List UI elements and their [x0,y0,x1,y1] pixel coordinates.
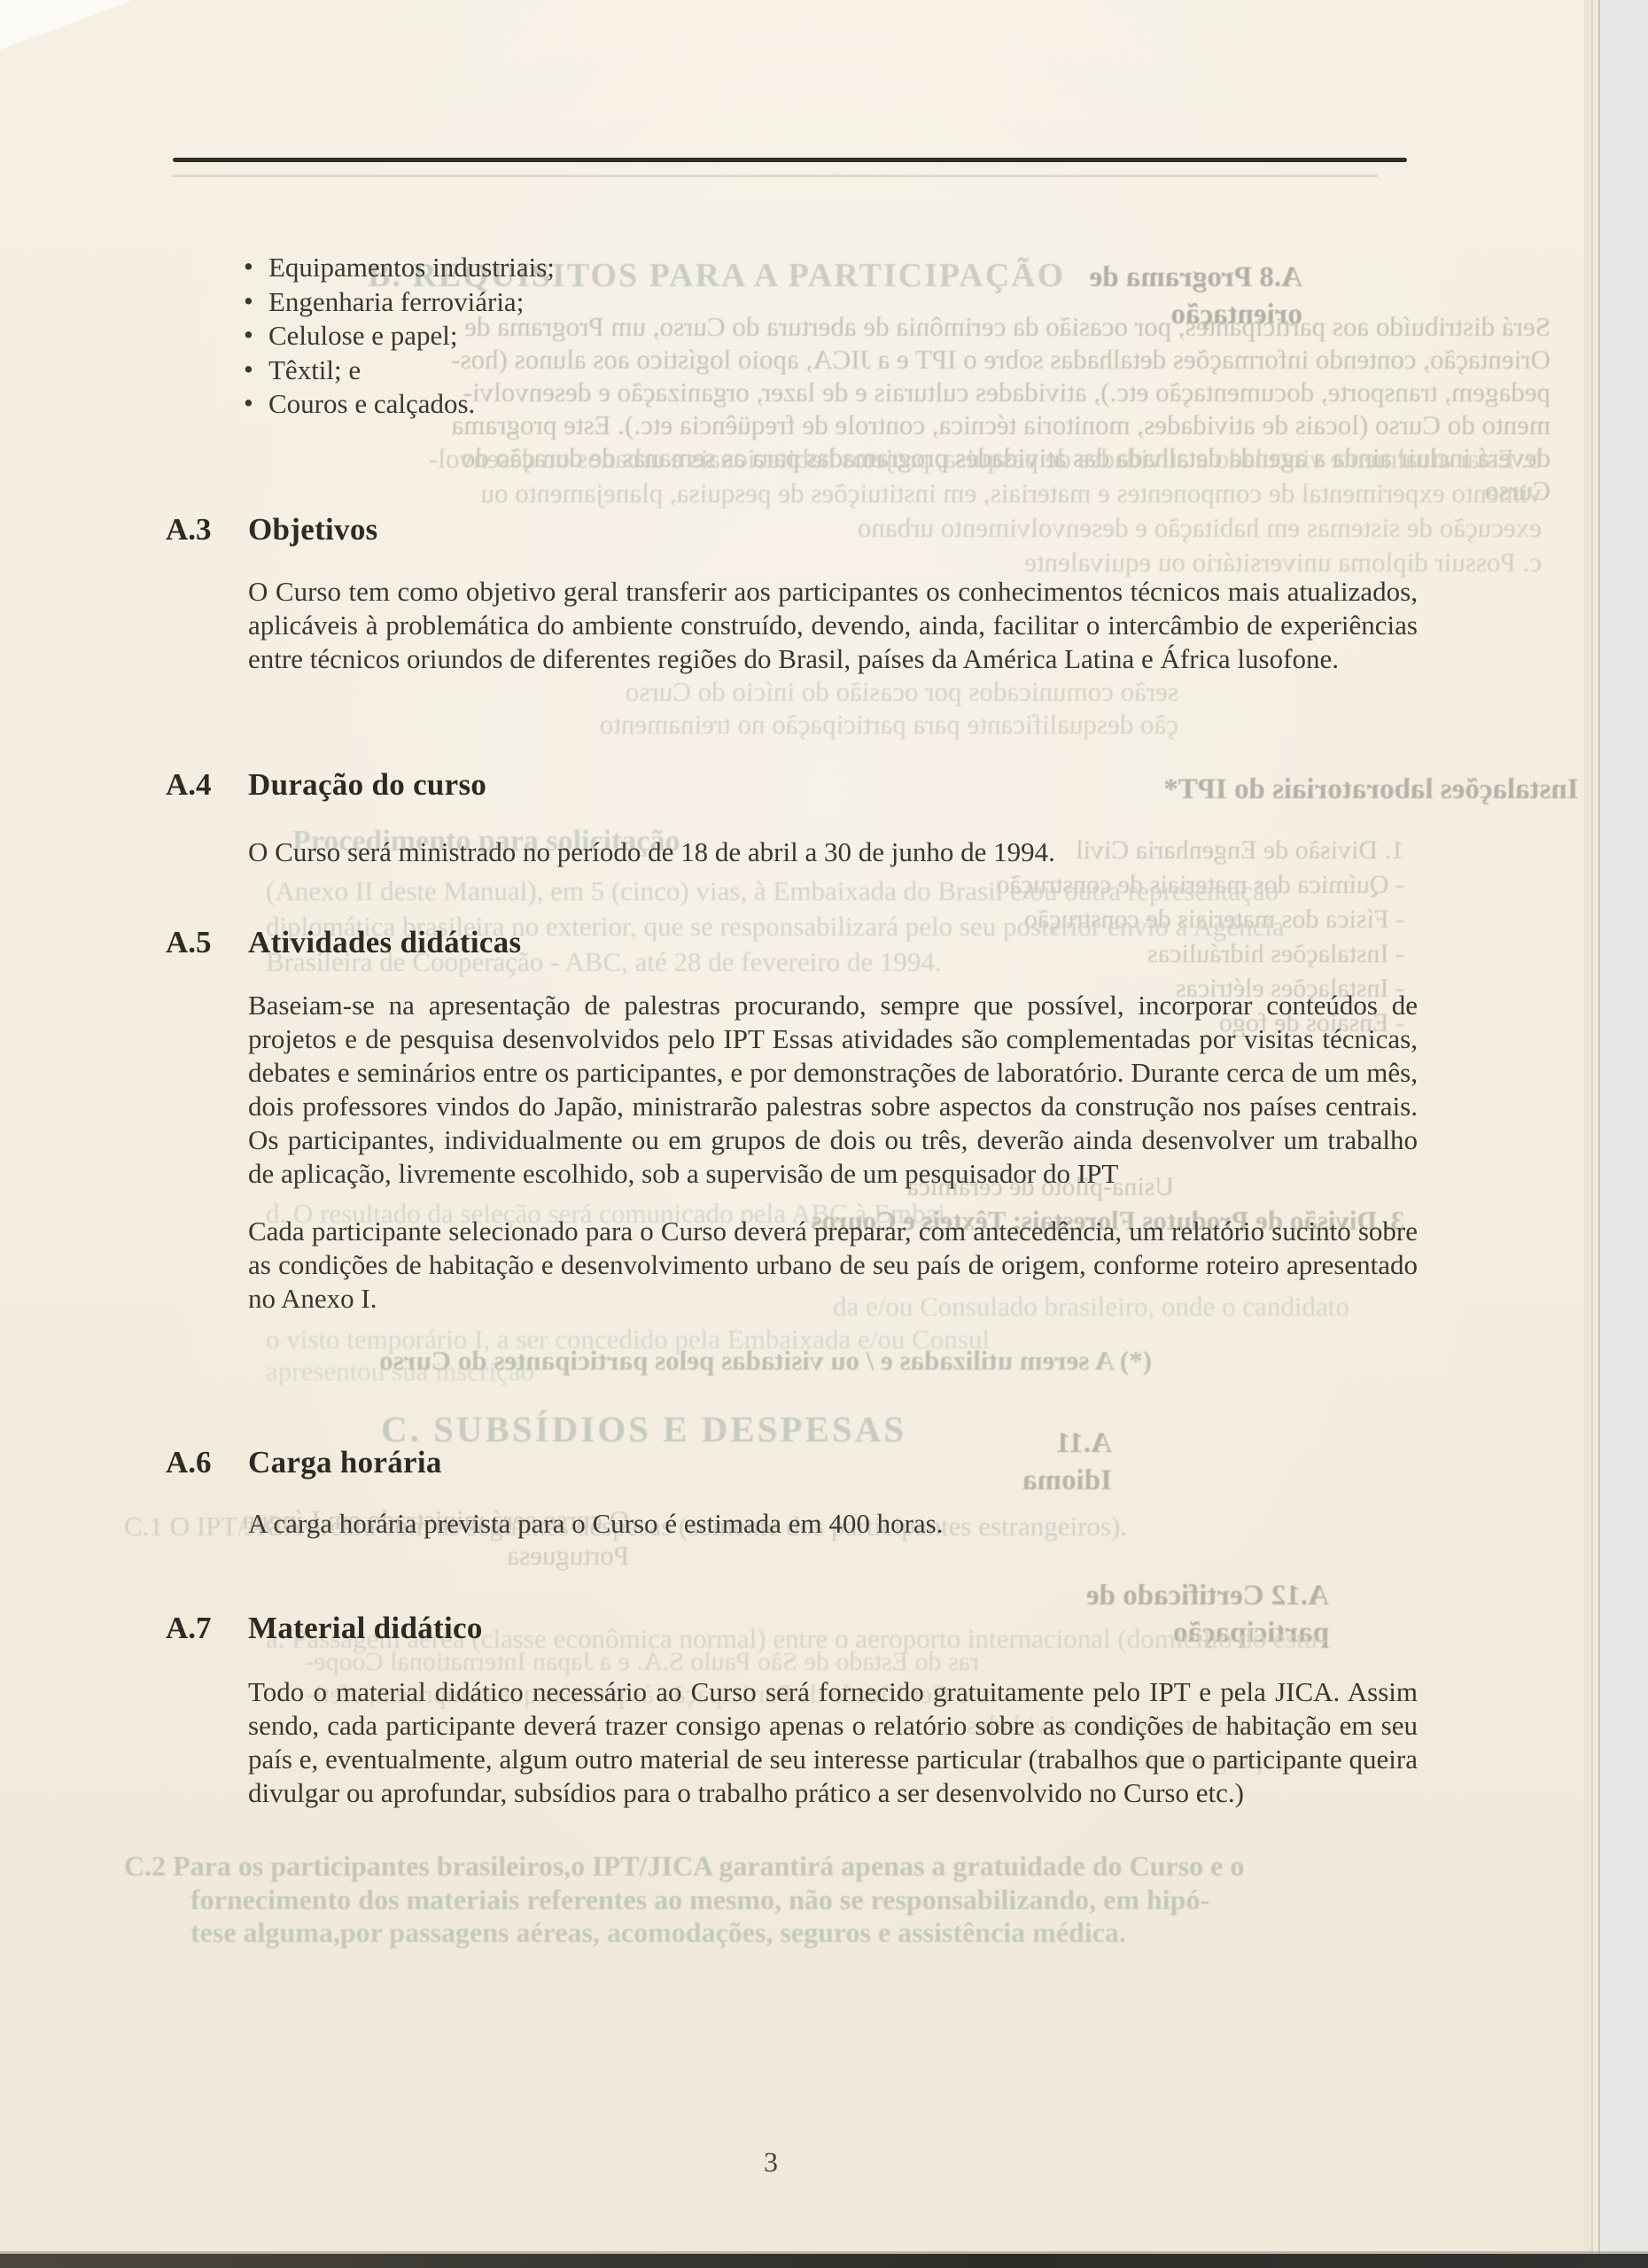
paragraph: Todo o material didático necessário ao C… [248,1675,1418,1810]
section-heading: A.5 Atividades didáticas [166,925,1418,960]
paragraph: O Curso será ministrado no período de 18… [248,835,1418,869]
bullet-item: Têxtil; e [242,353,555,388]
section-number: A.7 [166,1611,248,1646]
document-section: A.5 Atividades didáticas Baseiam-se na a… [166,925,1418,1316]
section-heading: A.7 Material didático [166,1611,1418,1646]
bullet-item: Couros e calçados. [242,387,555,422]
printed-content: Equipamentos industriais;Engenharia ferr… [0,0,1648,2268]
section-title: Carga horária [248,1445,442,1480]
document-section: A.6 Carga horária A carga horária previs… [166,1445,1418,1541]
paragraph: A carga horária prevista para o Curso é … [248,1507,1418,1541]
section-title: Objetivos [248,512,378,548]
scanner-bottom-band [0,2254,1648,2268]
section-number: A.6 [166,1445,248,1480]
section-heading: A.3 Objetivos [166,512,1418,548]
document-section: A.7 Material didático Todo o material di… [166,1611,1418,1810]
paragraph: Baseiam-se na apresentação de palestras … [248,989,1418,1191]
section-number: A.5 [166,925,248,960]
bullet-item: Engenharia ferroviária; [242,285,555,320]
paragraph: Cada participante selecionado para o Cur… [248,1215,1418,1316]
section-heading: A.6 Carga horária [166,1445,1418,1480]
section-title: Duração do curso [248,767,486,803]
section-title: Atividades didáticas [248,925,521,960]
paragraph: O Curso tem como objetivo geral transfer… [248,575,1418,676]
section-title: Material didático [248,1611,483,1646]
document-section: A.3 Objetivos O Curso tem como objetivo … [166,512,1418,676]
section-number: A.4 [166,767,248,803]
document-section: A.4 Duração do curso O Curso será minist… [166,767,1418,869]
bullet-item: Celulose e papel; [242,319,555,353]
section-number: A.3 [166,512,248,548]
bullet-item: Equipamentos industriais; [242,251,555,285]
scanned-document-page: B. REQUISITOS PARA A PARTICIPAÇÃOA.8 Pro… [0,0,1648,2268]
section-heading: A.4 Duração do curso [166,767,1418,803]
bullet-list: Equipamentos industriais;Engenharia ferr… [242,251,555,422]
page-number: 3 [744,2146,797,2179]
page-edge-strip [1584,0,1648,2268]
